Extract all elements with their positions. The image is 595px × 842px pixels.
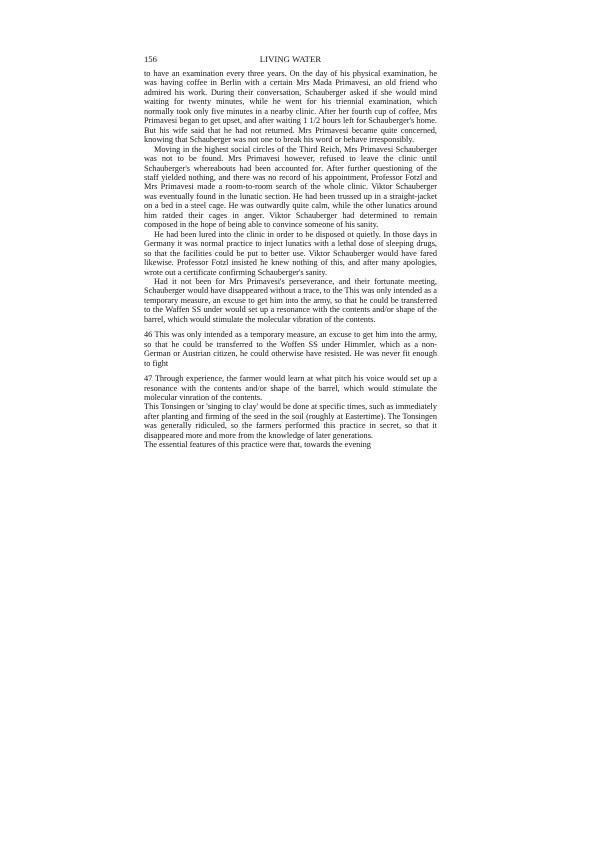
document-page: 156 LIVING WATER to have an examination … xyxy=(144,55,437,450)
body-paragraph: Had it not been for Mrs Primavesi's pers… xyxy=(144,277,437,324)
footnote-47: 47 Through experience, the farmer would … xyxy=(144,374,437,402)
body-text: to have an examination every three years… xyxy=(144,69,437,324)
page-header: 156 LIVING WATER xyxy=(144,55,437,69)
body-paragraph: Moving in the highest social circles of … xyxy=(144,145,437,230)
trailing-paragraph: The essential features of this practice … xyxy=(144,440,437,449)
trailing-paragraph: This Tonsingen or 'singing to clay' woul… xyxy=(144,402,437,440)
footnote-46: 46 This was only intended as a temporary… xyxy=(144,330,437,368)
body-paragraph: to have an examination every three years… xyxy=(144,69,437,145)
footnotes: 46 This was only intended as a temporary… xyxy=(144,330,437,449)
body-paragraph: He had been lured into the clinic in ord… xyxy=(144,230,437,277)
running-title: LIVING WATER xyxy=(144,55,437,64)
